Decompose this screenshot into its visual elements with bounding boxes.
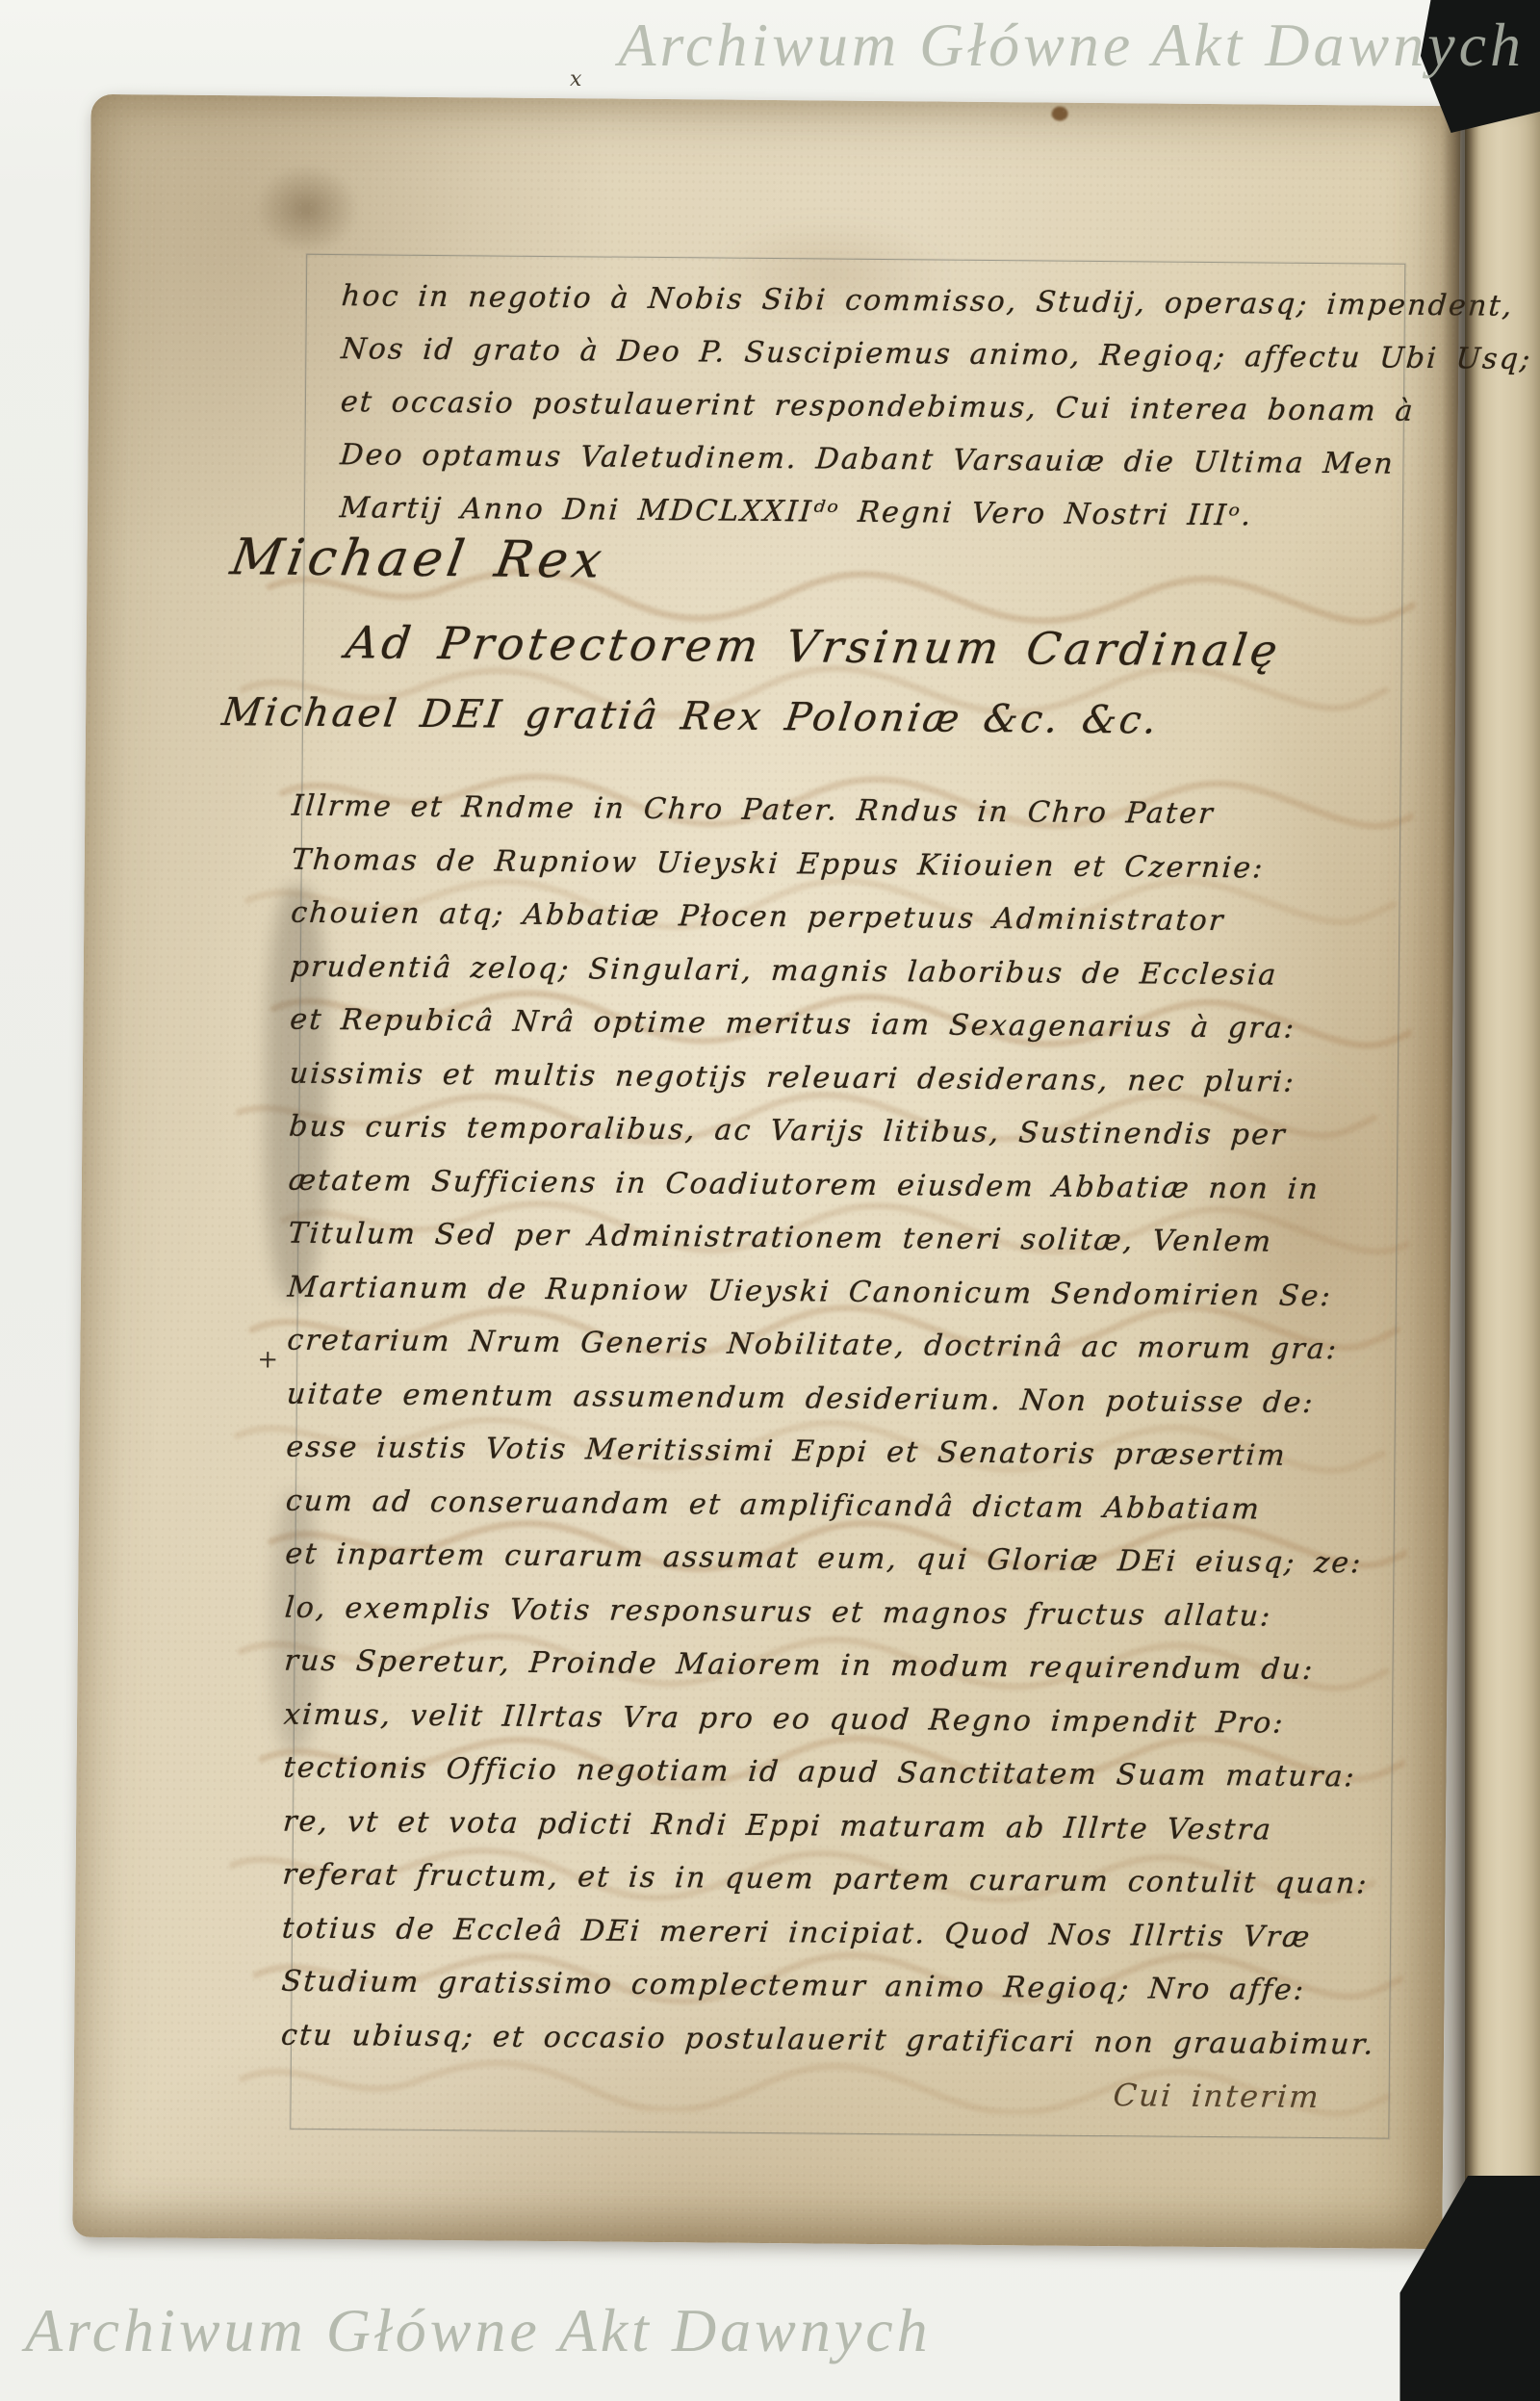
margin-mark-x: x [570,67,581,91]
archive-watermark-top: Archiwum Główne Akt Dawnych [618,10,1525,81]
manuscript-page: hoc in negotio à Nobis Sibi commisso, St… [72,94,1460,2249]
letter-heading: Ad Protectorem Vrsinum Cardinalę [343,616,1284,676]
letter-salutation: Michael DEI gratiâ Rex Poloniæ &c. &c. [219,690,1162,742]
page-gutter-shadow [1442,96,1480,2226]
archive-watermark-bottom: Archiwum Główne Akt Dawnych [25,2295,932,2366]
archival-scan: hoc in negotio à Nobis Sibi commisso, St… [0,0,1540,2401]
ink-stain [253,163,360,255]
ink-spot [1052,107,1068,121]
royal-signature: Michael Rex [227,529,611,589]
catchword: Cui interim [1112,2077,1322,2115]
margin-mark-plus: + [257,1345,278,1374]
